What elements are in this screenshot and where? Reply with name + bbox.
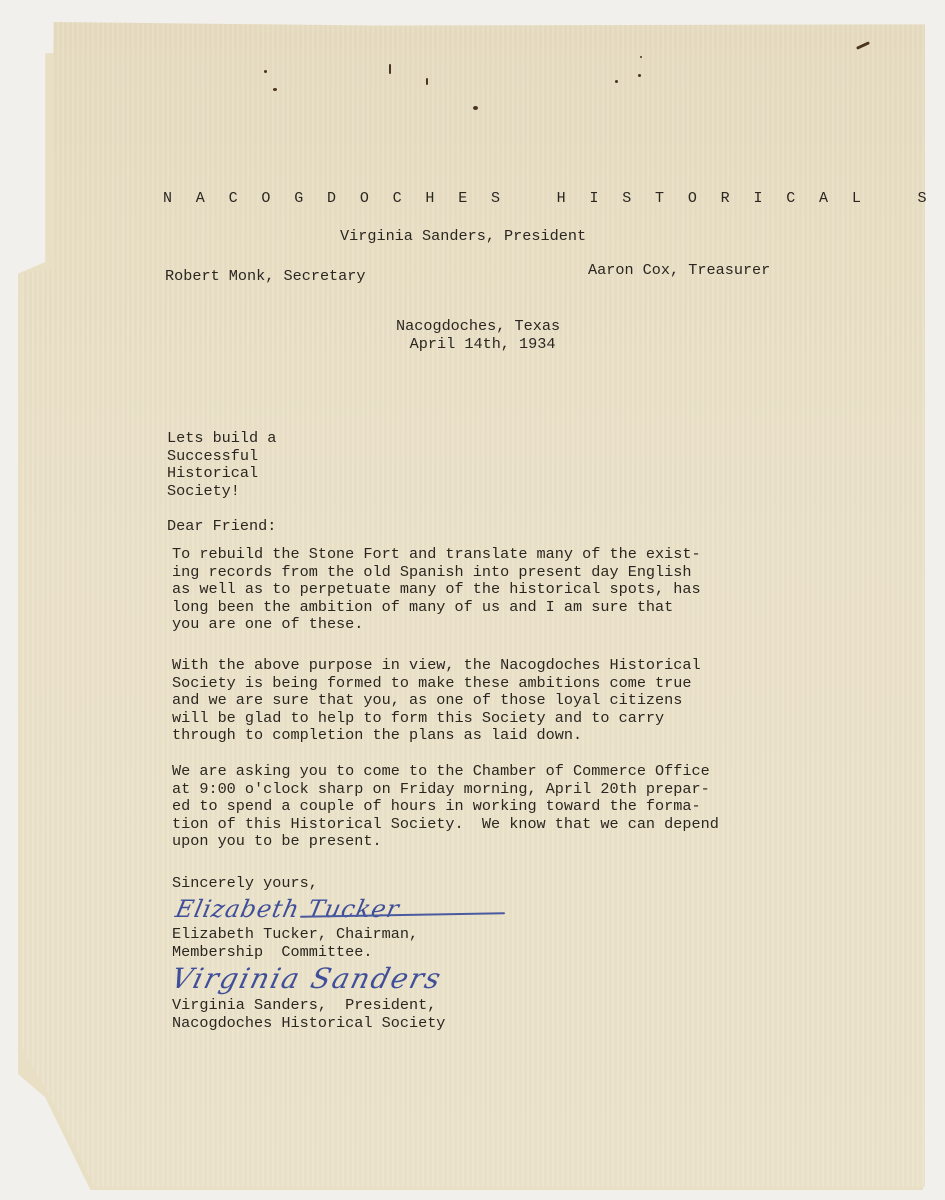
letterhead-secretary: Robert Monk, Secretary: [165, 268, 366, 286]
greeting: Dear Friend:: [167, 518, 276, 536]
handwritten-signature-sanders: Virginia Sanders: [168, 962, 446, 995]
place-date: Nacogdoches, Texas April 14th, 1934: [396, 318, 560, 353]
date: April 14th, 1934: [410, 335, 556, 353]
paper-speck: [426, 78, 428, 85]
letterhead-president: Virginia Sanders, President: [340, 228, 586, 246]
paper-speck: [264, 70, 267, 73]
place: Nacogdoches, Texas: [396, 317, 560, 335]
body-paragraph: To rebuild the Stone Fort and translate …: [172, 546, 701, 634]
typed-signature-tucker: Elizabeth Tucker, Chairman, Membership C…: [172, 926, 418, 961]
body-paragraph: With the above purpose in view, the Naco…: [172, 657, 701, 745]
paper-speck: [640, 56, 642, 58]
body-paragraph: We are asking you to come to the Chamber…: [172, 763, 719, 851]
paper-speck: [473, 106, 478, 110]
paper-speck: [273, 88, 277, 91]
slogan: Lets build a Successful Historical Socie…: [167, 430, 276, 500]
paper-speck: [615, 80, 618, 83]
letterhead-treasurer: Aaron Cox, Treasurer: [588, 262, 770, 280]
handwritten-signature-tucker: Elizabeth Tucker: [173, 895, 402, 923]
paper-speck: [389, 64, 391, 74]
closing: Sincerely yours,: [172, 875, 318, 893]
typed-signature-sanders: Virginia Sanders, President, Nacogdoches…: [172, 997, 445, 1032]
letterhead-organization: N A C O G D O C H E S H I S T O R I C A …: [163, 190, 945, 208]
paper-speck: [638, 74, 641, 77]
